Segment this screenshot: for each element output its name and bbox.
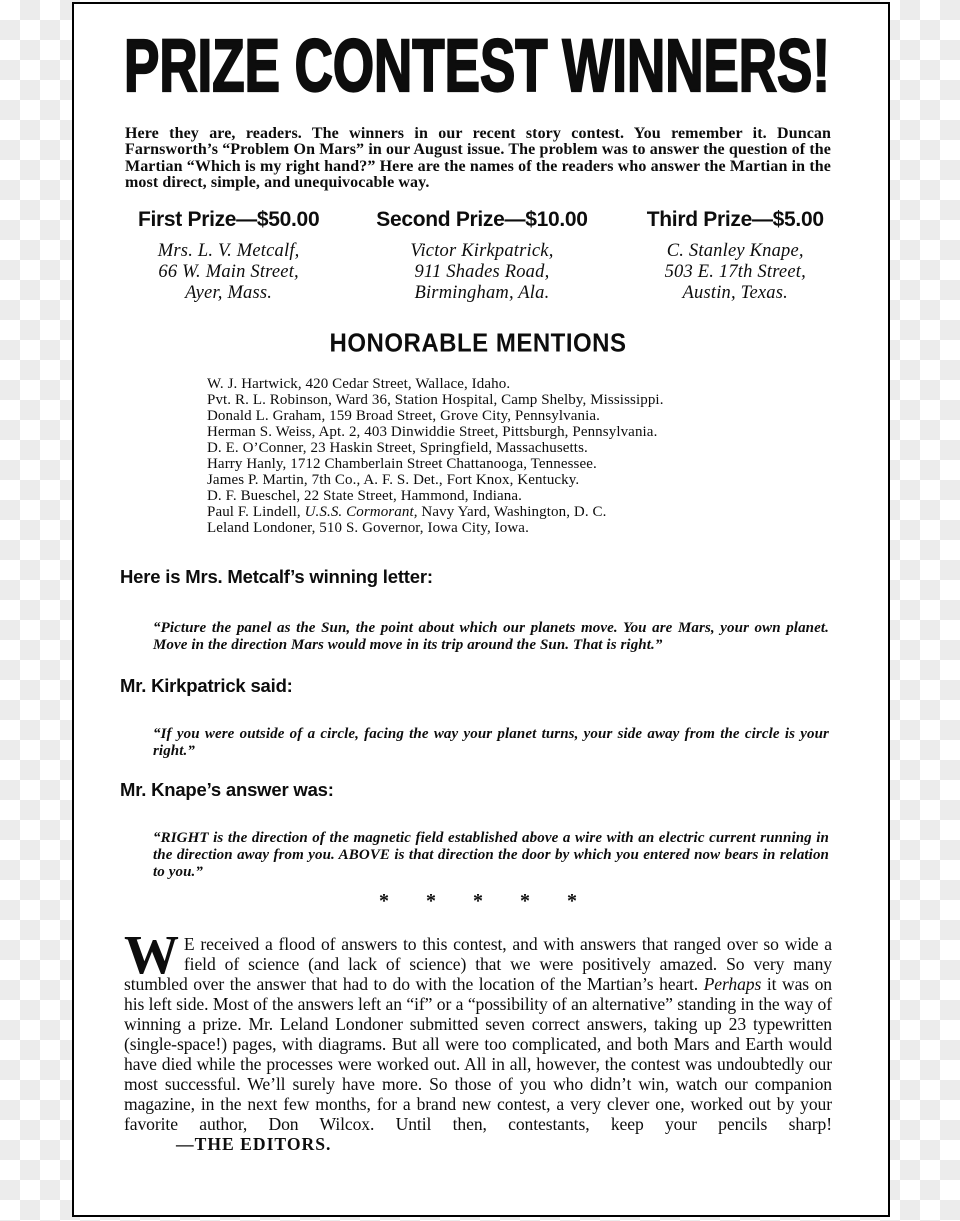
third-prize-column: Third Prize—$5.00 C. Stanley Knape, 503 … xyxy=(609,208,862,304)
entry-pre: Paul F. Lindell, xyxy=(207,504,305,520)
prize-columns: First Prize—$50.00 Mrs. L. V. Metcalf, 6… xyxy=(102,208,862,304)
list-item: Pvt. R. L. Robinson, Ward 36, Station Ho… xyxy=(207,392,847,408)
list-item: Harry Hanly, 1712 Chamberlain Street Cha… xyxy=(207,456,847,472)
closing-rest: it was on his left side. Most of the ans… xyxy=(124,974,832,1134)
page-title: PRIZE CONTEST WINNERS! xyxy=(124,34,830,100)
list-item: Paul F. Lindell, U.S.S. Cormorant, Navy … xyxy=(207,504,847,520)
honorable-mentions-list: W. J. Hartwick, 420 Cedar Street, Wallac… xyxy=(207,376,847,536)
knape-quote: “RIGHT is the direction of the magnetic … xyxy=(153,830,829,881)
asterisk-divider: * * * * * xyxy=(125,890,831,913)
intro-paragraph: Here they are, readers. The winners in o… xyxy=(125,126,831,192)
kirkpatrick-heading: Mr. Kirkpatrick said: xyxy=(120,675,293,697)
list-item: D. E. O’Conner, 23 Haskin Street, Spring… xyxy=(207,440,847,456)
first-prize-column: First Prize—$50.00 Mrs. L. V. Metcalf, 6… xyxy=(102,208,355,304)
metcalf-letter-quote: “Picture the panel as the Sun, the point… xyxy=(153,620,829,654)
first-prize-winner: Mrs. L. V. Metcalf, 66 W. Main Street, A… xyxy=(102,241,355,304)
closing-paragraph: WE received a flood of answers to this c… xyxy=(124,934,832,1154)
third-prize-winner: C. Stanley Knape, 503 E. 17th Street, Au… xyxy=(609,241,862,304)
winner-name: Victor Kirkpatrick, xyxy=(355,241,608,262)
metcalf-letter-heading: Here is Mrs. Metcalf’s winning letter: xyxy=(120,566,433,588)
headline-svg: PRIZE CONTEST WINNERS! xyxy=(123,34,833,100)
first-prize-heading: First Prize—$50.00 xyxy=(102,208,355,232)
winner-street: 66 W. Main Street, xyxy=(102,262,355,283)
winner-street: 503 E. 17th Street, xyxy=(609,262,862,283)
winner-city: Birmingham, Ala. xyxy=(355,283,608,304)
entry-post: Navy Yard, Washington, D. C. xyxy=(418,504,607,520)
second-prize-column: Second Prize—$10.00 Victor Kirkpatrick, … xyxy=(355,208,608,304)
list-item: D. F. Bueschel, 22 State Street, Hammond… xyxy=(207,488,847,504)
knape-heading: Mr. Knape’s answer was: xyxy=(120,779,334,801)
winner-name: Mrs. L. V. Metcalf, xyxy=(102,241,355,262)
headline-block: PRIZE CONTEST WINNERS! xyxy=(123,34,833,100)
second-prize-winner: Victor Kirkpatrick, 911 Shades Road, Bir… xyxy=(355,241,608,304)
list-item: James P. Martin, 7th Co., A. F. S. Det.,… xyxy=(207,472,847,488)
list-item: W. J. Hartwick, 420 Cedar Street, Wallac… xyxy=(207,376,847,392)
second-prize-heading: Second Prize—$10.00 xyxy=(355,208,608,232)
list-item: Herman S. Weiss, Apt. 2, 403 Dinwiddie S… xyxy=(207,424,847,440)
winner-name: C. Stanley Knape, xyxy=(609,241,862,262)
winner-street: 911 Shades Road, xyxy=(355,262,608,283)
editors-signature: —THE EDITORS. xyxy=(176,1134,331,1154)
third-prize-heading: Third Prize—$5.00 xyxy=(609,208,862,232)
magazine-page: PRIZE CONTEST WINNERS! Here they are, re… xyxy=(72,2,890,1217)
kirkpatrick-quote: “If you were outside of a circle, facing… xyxy=(153,726,829,760)
drop-cap: W xyxy=(124,934,184,974)
closing-italic-word: Perhaps xyxy=(704,974,762,994)
closing-block: WE received a flood of answers to this c… xyxy=(124,934,832,1154)
screenshot-root: { "title": "PRIZE CONTEST WINNERS!", "in… xyxy=(0,0,960,1221)
winner-city: Ayer, Mass. xyxy=(102,283,355,304)
honorable-mentions-heading: HONORABLE MENTIONS xyxy=(125,329,831,359)
winner-city: Austin, Texas. xyxy=(609,283,862,304)
list-item: Donald L. Graham, 159 Broad Street, Grov… xyxy=(207,408,847,424)
ship-name-italic: U.S.S. Cormorant, xyxy=(305,504,418,520)
list-item: Leland Londoner, 510 S. Governor, Iowa C… xyxy=(207,520,847,536)
